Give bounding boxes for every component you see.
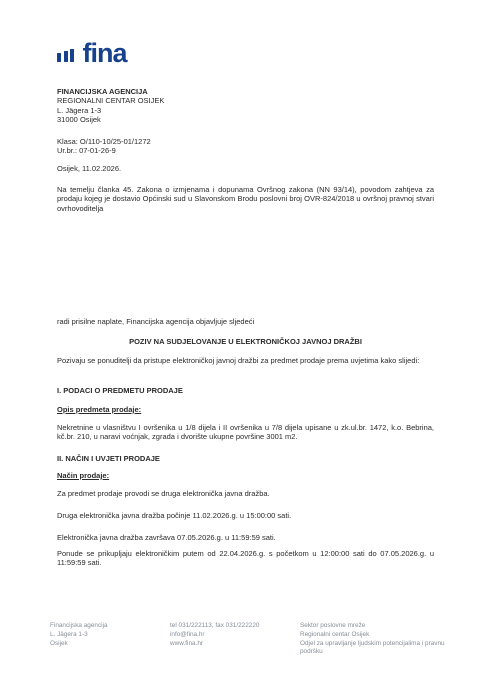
fina-bars-icon <box>57 49 77 66</box>
section-1-heading: I. PODACI O PREDMETU PRODAJE <box>57 386 183 395</box>
footer-sector: Sektor poslovne mreže <box>300 622 460 631</box>
sender-city: 31000 Osijek <box>57 115 164 124</box>
footer-address-column: Financijska agencija L. Jägera 1-3 Osije… <box>50 622 160 648</box>
reference-block: Klasa: O/110-10/25-01/1272 Ur.br.: 07-01… <box>57 137 151 156</box>
auction-start-line: Druga elektronička javna dražba počinje … <box>57 511 291 520</box>
footer-regional-center: Regionalni centar Osijek <box>300 631 460 640</box>
footer-department: Odjel za upravljanje ljudskim potencijal… <box>300 640 460 658</box>
sender-block: FINANCIJSKA AGENCIJA REGIONALNI CENTAR O… <box>57 87 164 124</box>
invitation-paragraph: Pozivaju se ponuditelji da pristupe elek… <box>57 356 434 365</box>
offers-paragraph: Ponude se prikupljaju elektroničkim pute… <box>57 549 434 568</box>
sender-street: L. Jägera 1-3 <box>57 106 164 115</box>
nacin-subheading: Način prodaje: <box>57 471 109 480</box>
naplata-line: radi prisilne naplate, Financijska agenc… <box>57 317 254 326</box>
document-page: fina FINANCIJSKA AGENCIJA REGIONALNI CEN… <box>0 0 487 690</box>
klasa-line: Klasa: O/110-10/25-01/1272 <box>57 137 151 146</box>
auction-end-line: Elektronička javna dražba završava 07.05… <box>57 533 276 542</box>
sender-org: FINANCIJSKA AGENCIJA <box>57 87 164 96</box>
fina-logo: fina <box>57 40 127 66</box>
footer-phone: tel 031/222113, fax 031/222220 <box>170 622 290 631</box>
document-title: POZIV NA SUDJELOVANJE U ELEKTRONIČKOJ JA… <box>57 337 434 346</box>
footer-website: www.fina.hr <box>170 640 290 649</box>
dateline: Osijek, 11.02.2026. <box>57 164 121 173</box>
footer-city: Osijek <box>50 640 160 649</box>
fina-logo-text: fina <box>83 40 127 66</box>
footer-street: L. Jägera 1-3 <box>50 631 160 640</box>
urbr-line: Ur.br.: 07-01-26-9 <box>57 146 151 155</box>
sender-regional-center: REGIONALNI CENTAR OSIJEK <box>57 96 164 105</box>
section-2-heading: II. NAČIN I UVJETI PRODAJE <box>57 454 160 463</box>
footer-email: info@fina.hr <box>170 631 290 640</box>
sale-method-line: Za predmet prodaje provodi se druga elek… <box>57 489 270 498</box>
footer-department-column: Sektor poslovne mreže Regionalni centar … <box>300 622 460 657</box>
intro-paragraph: Na temelju članka 45. Zakona o izmjenama… <box>57 185 434 213</box>
property-description: Nekretnine u vlasništvu I ovršenika u 1/… <box>57 423 434 442</box>
opis-subheading: Opis predmeta prodaje: <box>57 405 141 414</box>
footer-org: Financijska agencija <box>50 622 160 631</box>
footer-contact-column: tel 031/222113, fax 031/222220 info@fina… <box>170 622 290 648</box>
